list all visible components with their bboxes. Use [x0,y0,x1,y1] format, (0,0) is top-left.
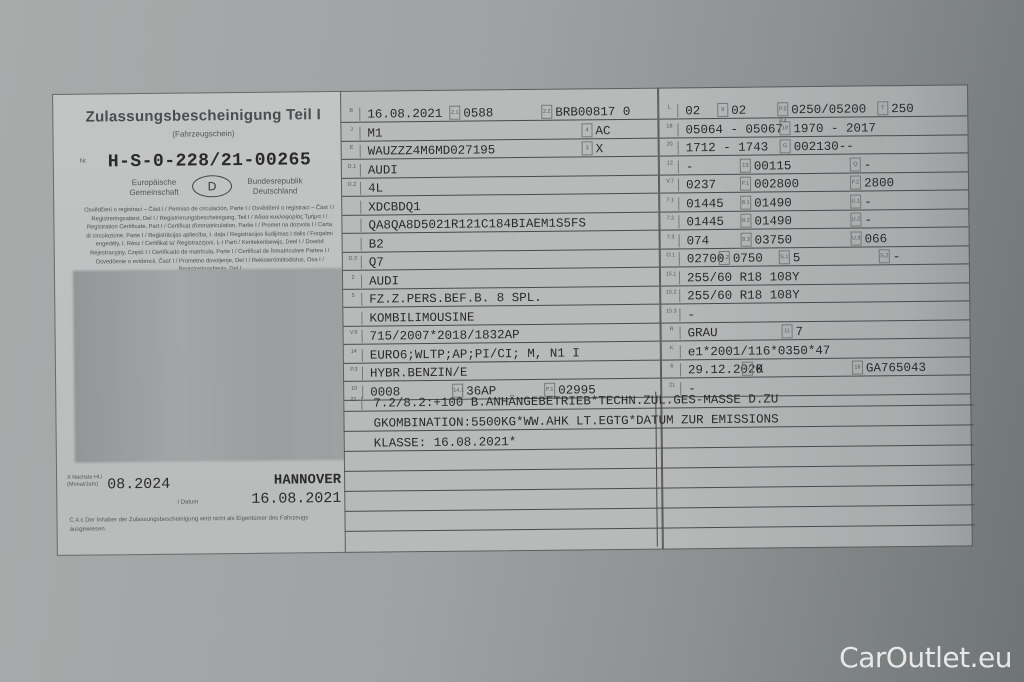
field-code [345,311,362,324]
field-code: O.2 [719,251,730,265]
eu-label: Europäische Gemeinschaft [124,178,184,199]
field-value: X [596,140,604,158]
field-code: 4 [581,123,592,137]
field-row: V.9715/2007*2018/1832AP [344,325,660,345]
field-code: 7.3 [663,234,680,247]
field-code: 6 [664,363,681,376]
field-value: K [756,361,764,379]
field-code: 2.2 [541,105,552,119]
field-row: 15.1255/60 R18 108Y [661,266,969,286]
field-code: J [343,126,360,139]
field-value: 01445 [686,194,724,212]
field-value: 16.08.2021 [367,105,442,124]
field-row: Ke1*2001/116*0350*47 [662,340,970,360]
field-code: 16 [852,360,863,374]
field-value: - [864,193,872,211]
field-value: AC [595,122,610,140]
registration-certificate: Zulassungsbescheinigung Teil I (Fahrzeug… [48,78,973,558]
issue-date: 16.08.2021 [251,490,341,508]
certificate-number: H-S-0-228/21-00265 [108,150,312,172]
field-value: 7 [796,323,804,341]
field-row: 7.30748.303750U.3066 [661,229,969,249]
field-code: Q [850,157,861,171]
field-value: GRAU [688,324,718,342]
field-row: 2AUDI [343,269,659,289]
field-code: D.2 [344,182,361,195]
field-code: T [877,101,888,115]
field-row: 201712 - 1743G002130-- [660,136,968,156]
field-code [345,237,362,250]
field-value: KOMBILIMOUSINE [369,308,474,327]
field-value: B2 [369,235,384,253]
field-value: - [893,248,901,266]
field-code: 15.1 [663,271,680,284]
field-code: E [344,145,361,158]
field-value: 0237 [686,176,716,194]
field-row: V.70237F.1002800F.22800 [660,173,968,193]
field-code: 14 [346,348,363,361]
field-code: 20 [662,141,679,154]
field-row: KOMBILIMOUSINE [343,306,659,326]
field-value: WAUZZZ4M6MD027195 [368,141,496,160]
field-value: 2800 [864,174,894,192]
field-row: 12-1300115Q- [660,155,968,175]
field-code: V.7 [662,178,679,191]
field-row: 5FZ.Z.PERS.BEF.B. 8 SPL. [343,288,659,308]
field-value: BRB00817 0 [555,103,630,122]
field-code: 2 [345,274,362,287]
field-value: AUDI [369,272,399,290]
field-code: P.3 [346,367,363,380]
field-value: QA8QA8D5021R121C184BIAEM1S5FS [368,214,586,234]
owner-note: C.4.c Der Inhaber der Zulassungsbeschein… [69,514,319,535]
field-row: 15.2255/60 R18 108Y [661,284,969,304]
field-value: XDCBDQ1 [368,198,421,217]
certificate-title: Zulassungsbescheinigung Teil I [63,106,343,126]
field-code: U.2 [850,212,861,226]
field-row: QA8QA8D5021R121C184BIAEM1S5FS [342,214,658,234]
field-value: 5 [793,249,801,267]
field-code: R [664,326,681,339]
field-code: P.2 P.4 [777,102,788,116]
field-code: O.1 [663,252,680,265]
field-value: GA765043 [866,359,926,378]
field-row: L02902P.2 P.40250/05200T250 [659,99,967,119]
field-value: - [864,211,872,229]
field-code: U.3 [851,231,862,245]
field-value: - [687,306,695,324]
field-row: D.1AUDI [342,158,658,178]
field-code: 19 [779,121,790,135]
field-value: AUDI [368,161,398,179]
field-value: - [864,156,872,174]
redacted-owner-block [73,268,345,463]
field-row: 7.1014458.101490U.1- [660,192,968,212]
field-row: D.3Q7 [343,251,659,271]
field-value: 066 [865,230,888,248]
field-code: K [664,345,681,358]
field-value: FZ.Z.PERS.BEF.B. 8 SPL. [369,289,542,309]
remarks-text: KLASSE: 16.08.2021* [374,433,517,452]
field-code: L [661,104,678,117]
field-value: 01490 [754,194,792,212]
field-value: 1712 - 1743 [686,138,769,157]
field-value: 03750 [755,231,793,249]
field-row: 1805064 - 05067191970 - 2017 [659,118,967,138]
field-code: 17 [742,362,753,376]
field-value: 01445 [686,213,724,231]
field-code: 8.2 [740,214,751,228]
field-value: 05064 - 05067 [685,120,783,139]
certificate-cover-panel: Zulassungsbescheinigung Teil I (Fahrzeug… [52,91,347,556]
field-code [344,200,361,213]
field-code: B [343,108,360,121]
next-inspection-label: X Nächste HU (Monat/Jahr) [67,474,107,488]
field-value: 01490 [754,212,792,230]
field-code: 22 [345,397,362,410]
number-label: Nr. [80,159,88,165]
field-code: 2.1 [449,106,460,120]
field-value: 0588 [463,104,493,122]
field-value: 002800 [754,175,799,193]
field-row: P.3HYBR.BENZIN/E [344,362,660,382]
field-row: O.102700O.20750S.15S.2- [661,247,969,267]
field-value: 02 [685,102,700,120]
field-value: Q7 [369,253,384,271]
field-row: 15.3- [661,303,969,323]
field-value: 4L [368,179,383,197]
field-code: D.3 [345,256,362,269]
field-code: 8.1 [740,195,751,209]
field-row: D.24L [342,177,658,197]
field-row: 7.2014458.201490U.2- [660,210,968,230]
field-code: S.1 [779,250,790,264]
field-code: G [780,139,791,153]
country-code-badge: D [192,175,232,197]
field-code [344,219,361,232]
issuing-city: HANNOVER [274,472,341,489]
field-value: M1 [367,124,382,142]
field-row: B2 [343,232,659,252]
field-code: F.1 [740,177,751,191]
field-value: e1*2001/116*0350*47 [688,341,831,360]
field-row: RGRAU117 [662,321,970,341]
field-value: 00115 [754,157,792,175]
multilingual-title-text: Osvědčení o registraci – Část I / Permis… [84,204,335,275]
field-code: 7.2 [662,215,679,228]
field-code: U.1 [850,194,861,208]
field-code: 18 [661,123,678,136]
field-value: 0750 [733,250,763,268]
field-value: 074 [687,232,710,250]
field-value: 0250/05200 [791,100,866,119]
certificate-subtitle: (Fahrzeugschein) [63,128,343,140]
field-value: EURO6;WLTP;AP;PI/CI; M, N1 I [370,344,580,364]
field-row: 14EURO6;WLTP;AP;PI/CI; M, N1 I [344,343,660,363]
field-code: 15.3 [663,308,680,321]
field-value: HYBR.BENZIN/E [370,364,468,383]
field-code: 13 [740,158,751,172]
field-code: 5 [345,293,362,306]
field-value: 250 [891,100,914,118]
field-code: 15.2 [663,289,680,302]
field-value: 1970 - 2017 [793,119,876,138]
field-value: - [686,158,694,176]
country-label: Bundesrepublik Deutschland [240,176,310,197]
field-code: 11 [782,324,793,338]
field-row: 629.12.202017K16GA765043 [662,358,970,378]
field-value: 02 [731,102,746,120]
field-code: 9 [717,103,728,117]
field-row: JM14AC [341,121,657,141]
next-inspection-date: 08.2024 [107,476,170,494]
field-code: D.1 [344,163,361,176]
field-code: 12 [662,160,679,173]
field-value: 002130-- [794,138,854,157]
field-code: S.2 [879,249,890,263]
field-code: 7.1 [662,197,679,210]
field-row: XDCBDQ1 [342,195,658,215]
field-code: 3 [582,141,593,155]
field-value: 255/60 R18 108Y [687,286,800,305]
watermark-logo: CarOutlet.eu [839,641,1012,674]
field-value: 715/2007*2018/1832AP [370,326,520,346]
field-code: F.2 [850,175,861,189]
issue-date-label: I Datum [177,499,198,505]
field-row: EWAUZZZ4M6MD0271953X [342,140,658,160]
field-value: 255/60 R18 108Y [687,268,800,287]
field-row: B16.08.20212.105882.2BRB00817 0 [341,103,657,123]
field-code: V.9 [346,330,363,343]
field-code: 8.3 [741,232,752,246]
